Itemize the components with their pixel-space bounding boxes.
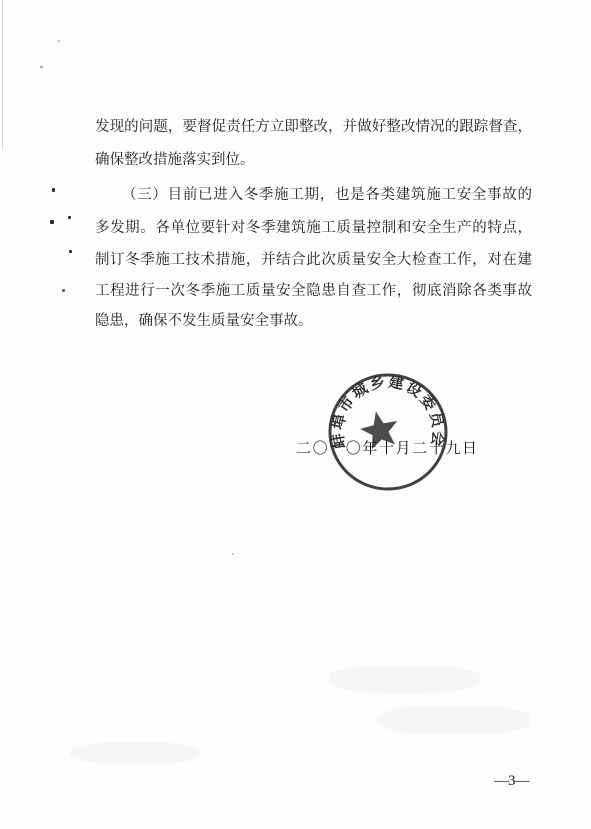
scan-speck	[52, 188, 55, 192]
scan-speck	[58, 40, 60, 42]
text-line: 确保整改措施落实到位。	[95, 149, 532, 173]
scanned-document-page: 发现的问题，要督促责任方立即整改，并做好整改情况的跟踪督查， 确保整改措施落实到…	[0, 0, 591, 829]
text-line: 多发期。各单位要针对冬季建筑施工质量控制和安全生产的特点，	[95, 217, 532, 241]
official-seal: 蚌埠市城乡建设委员会	[326, 372, 454, 494]
scan-smudge	[70, 742, 200, 764]
date-line: 二〇一〇年十月二十九日	[296, 437, 479, 458]
text-line: （三）目前已进入冬季施工期，也是各类建筑施工安全事故的	[95, 184, 532, 208]
text-line: 隐患，确保不发生质量安全事故。	[95, 310, 532, 334]
scan-smudge	[330, 665, 480, 693]
scan-speck	[232, 553, 234, 555]
scan-speck	[69, 250, 72, 253]
page-number: —3—	[494, 773, 529, 790]
seal-graphic: 蚌埠市城乡建设委员会	[326, 372, 454, 494]
text-line: 工程进行一次冬季施工质量安全隐患自查工作，彻底消除各类事故	[95, 280, 532, 304]
scan-speck	[68, 216, 71, 219]
text-line: 制订冬季施工技术措施，并结合此次质量安全大检查工作，对在建	[95, 249, 532, 273]
text-line: 发现的问题，要督促责任方立即整改，并做好整改情况的跟踪督查，	[95, 116, 532, 140]
scan-speck	[50, 220, 54, 224]
scan-speck	[62, 289, 65, 292]
scan-speck	[40, 66, 43, 68]
scan-edge-line	[2, 0, 3, 150]
scan-smudge	[380, 705, 530, 735]
